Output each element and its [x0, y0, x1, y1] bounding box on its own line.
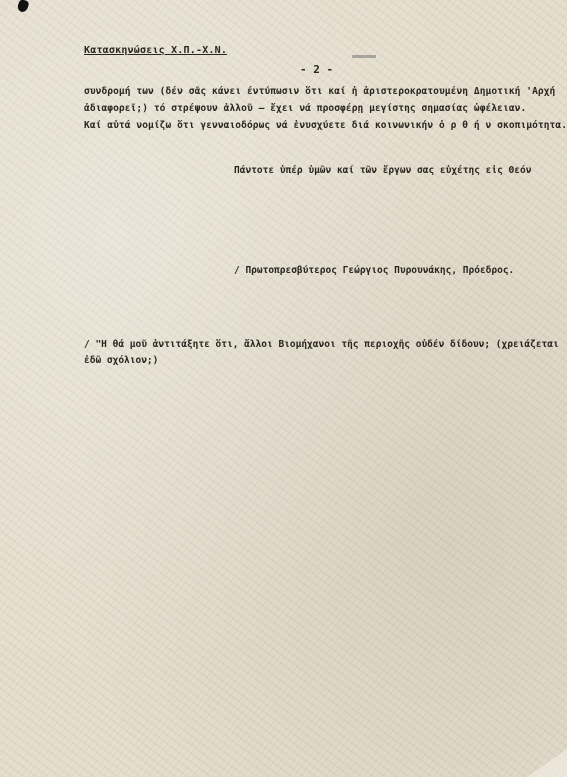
signature-line: / Πρωτοπρεσβύτερος Γεώργιος Πυρουνάκης, …: [234, 265, 514, 276]
body-line: ἀδιαφορεῖ;) τό στρέψουν ἀλλοῦ – ἔχει νά …: [84, 103, 526, 114]
scanned-page: Κατασκηνώσεις Χ.Π.-Χ.Ν. - 2 - συνδρομή τ…: [0, 0, 567, 777]
closing-salutation: Πάντοτε ὑπέρ ὑμῶν καί τῶν ἔργων σας εὐχέ…: [234, 165, 531, 176]
ink-blot-mark: [16, 0, 30, 13]
body-line: συνδρομή των (δέν σᾶς κάνει έντύπωσιν ὅτ…: [84, 86, 555, 97]
page-number: - 2 -: [300, 63, 333, 76]
document-header-title: Κατασκηνώσεις Χ.Π.-Χ.Ν.: [84, 45, 227, 56]
faint-stamp-mark: [352, 55, 376, 58]
folded-corner: [527, 749, 567, 777]
footnote-line: / "Η θά μοῦ ἀντιτάξητε ὅτι, ἄλλοι Βιομήχ…: [84, 339, 559, 350]
body-line: Καί αὐτά νομίζω ὅτι γενναιοδόρως νά ἐνυσ…: [84, 120, 567, 131]
footnote-line: ἐδῶ σχόλιον;): [84, 355, 158, 366]
